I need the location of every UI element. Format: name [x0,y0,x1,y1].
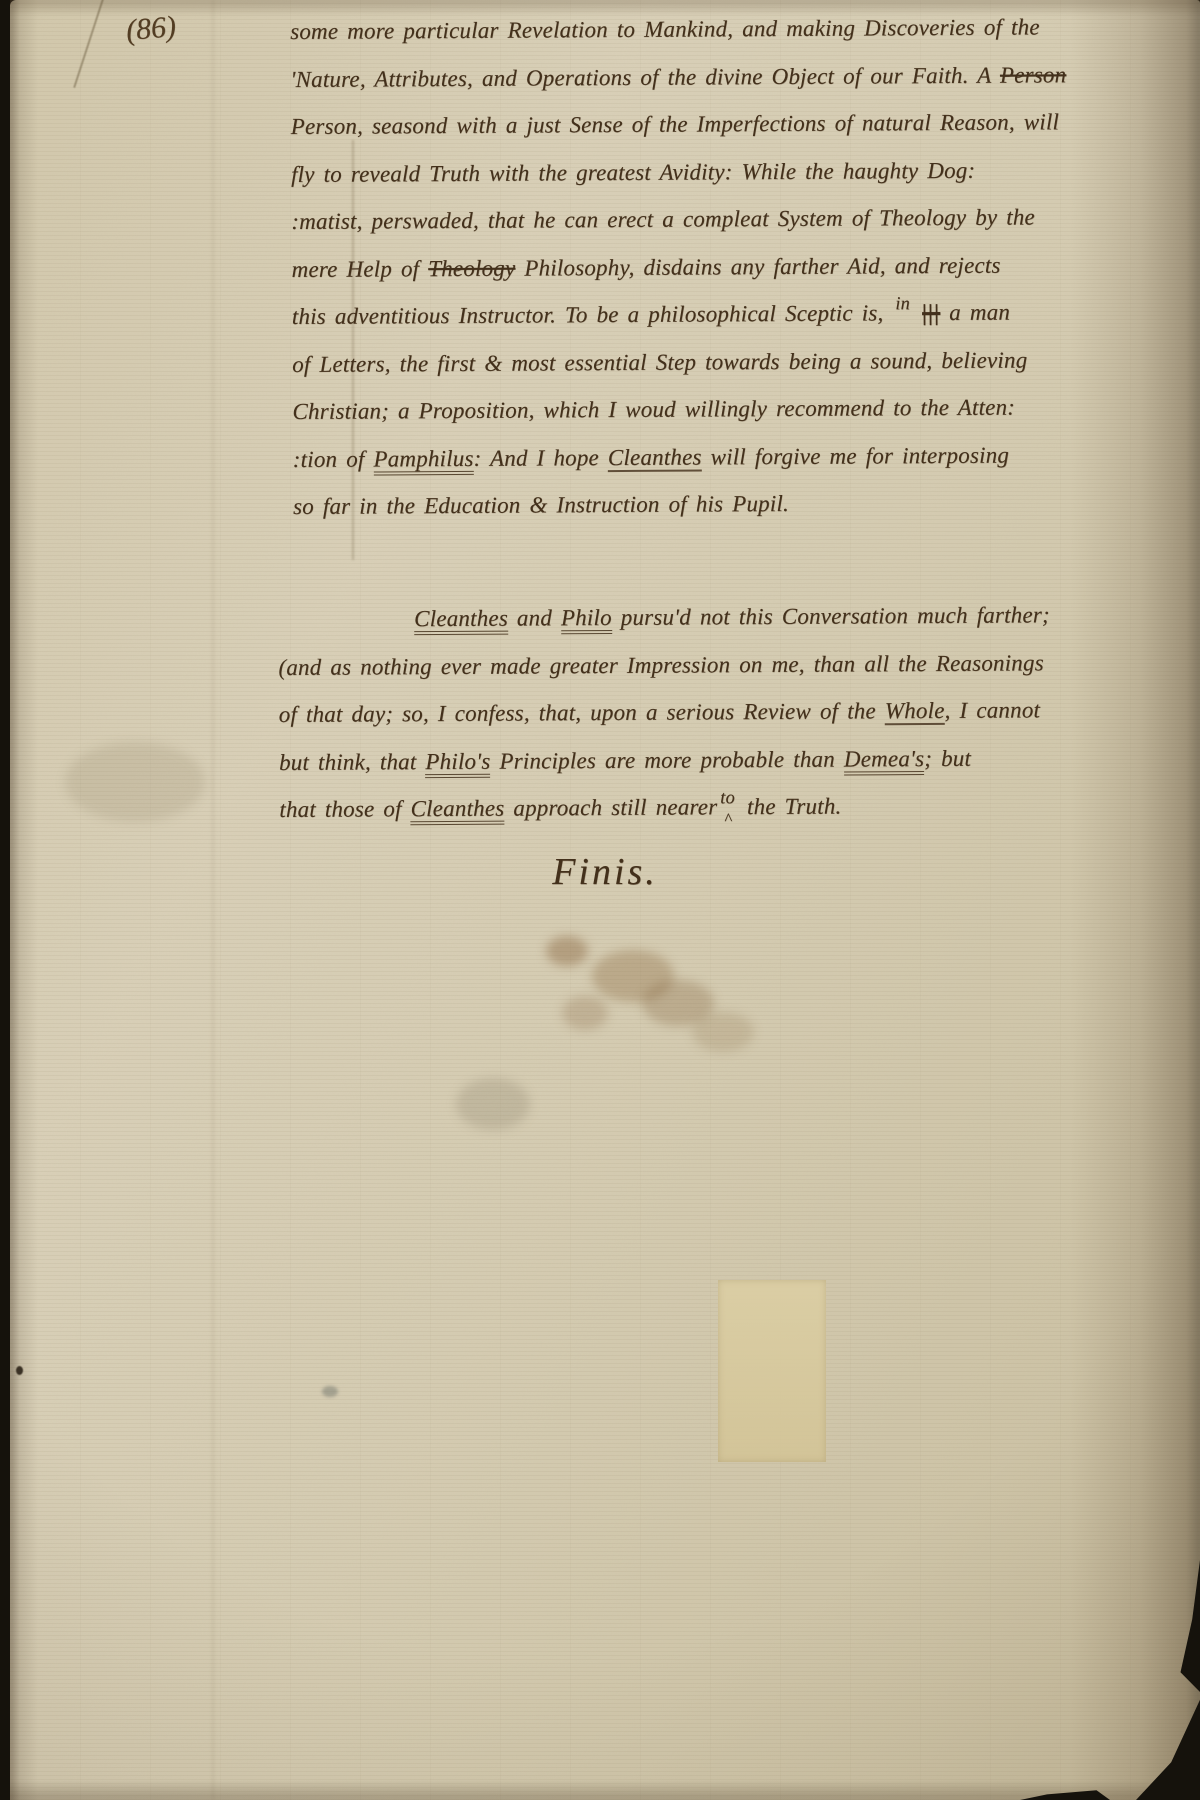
manuscript-line: (and as nothing ever made greater Impres… [278,639,1050,691]
text-segment: : And I hope [474,445,608,471]
paper-fold-line [212,0,214,1800]
text-segment: Philosophy, disdains any farther Aid, an… [515,252,1000,280]
text-segment: a man [940,300,1010,325]
faded-stain [65,742,205,822]
manuscript-line: mere Help of Theology Philosophy, disdai… [291,241,1067,293]
paragraph-conclusion: Cleanthes and Philo pursu'd not this Con… [278,591,1051,833]
ink-stain [562,996,608,1030]
text-segment: of Letters, the first & most essential S… [292,347,1027,376]
manuscript-line: Christian; a Proposition, which I woud w… [292,383,1068,435]
paragraph-final-remarks: some more particular Revelation to Manki… [290,3,1069,530]
manuscript-line: Person, seasond with a just Sense of the… [291,98,1067,150]
manuscript-line: this adventitious Instructor. To be a ph… [292,288,1068,340]
text-segment: this adventitious Instructor. To be a ph… [292,300,893,329]
text-segment: the Truth. [738,794,842,820]
character-name: Cleanthes [411,796,505,826]
ink-stain [546,936,588,966]
page-number: (86) [125,10,178,48]
text-segment: ; but [924,745,971,770]
text-segment [913,300,922,325]
dark-speck [16,1366,23,1375]
text-segment: mere Help of [292,256,429,282]
text-segment: , I cannot [944,697,1040,723]
inserted-word: in [892,294,913,313]
text-segment: :tion of [293,446,374,471]
manuscript-page: (86) some more particular Revelation to … [10,0,1200,1800]
text-segment: and [508,605,561,630]
character-name: Cleanthes [414,606,508,636]
text-segment: Person, seasond with a just Sense of the… [291,109,1060,139]
manuscript-line: :matist, perswaded, that he can erect a … [291,193,1067,245]
text-segment: :matist, perswaded, that he can erect a … [291,204,1035,234]
character-name: Cleanthes [608,444,702,472]
text-segment: Christian; a Proposition, which I woud w… [292,395,1015,424]
struck-word: Theology [428,255,515,281]
text-segment: some more particular Revelation to Manki… [290,14,1040,44]
text-segment: will forgive me for interposing [702,442,1010,469]
tape-repair-strip [718,1280,826,1462]
text-segment: of that day; so, I confess, that, upon a… [279,698,885,727]
text-segment: so far in the Education & Instruction of… [293,491,789,519]
photographed-manuscript: (86) some more particular Revelation to … [0,0,1200,1800]
text-segment: 'Nature, Attributes, and Operations of t… [290,62,1000,91]
manuscript-line: 'Nature, Attributes, and Operations of t… [290,51,1066,103]
text-segment: fly to reveald Truth with the greatest A… [291,157,975,186]
emphasized-word: Whole [885,698,945,725]
manuscript-line: fly to reveald Truth with the greatest A… [291,146,1067,198]
scratched-out-word: ||| [922,300,940,325]
text-segment: pursu'd not this Conversation much farth… [612,602,1050,630]
text-segment: but think, that [279,749,426,775]
text-segment: Principles are more probable than [490,746,844,773]
manuscript-line: but think, that Philo's Principles are m… [279,734,1051,786]
paper-tear [1136,1682,1200,1800]
manuscript-line: Cleanthes and Philo pursu'd not this Con… [414,591,1050,642]
character-name: Pamphilus [373,445,473,475]
small-stain [322,1386,338,1397]
struck-word: Person [1000,62,1067,87]
paper-tear [1020,1786,1110,1800]
manuscript-line: :tion of Pamphilus: And I hope Cleanthes… [293,431,1069,483]
manuscript-line: so far in the Education & Instruction of… [293,478,1069,530]
paper-tear [1174,1560,1200,1692]
character-name: Philo's [425,748,490,777]
inserted-word: to [717,788,738,807]
character-name: Demea's [844,746,925,775]
text-segment: approach still nearer [504,794,717,820]
paper-scratch-mark [73,0,105,88]
character-name: Philo [561,605,612,634]
text-segment: that those of [279,796,410,822]
text-segment: (and as nothing ever made greater Impres… [278,650,1044,680]
manuscript-line: that those of Cleanthes approach still n… [279,781,1051,833]
manuscript-line: of Letters, the first & most essential S… [292,336,1068,388]
manuscript-line: of that day; so, I confess, that, upon a… [279,686,1051,738]
manuscript-line: some more particular Revelation to Manki… [290,3,1066,55]
finis-closing-word: Finis. [10,850,1200,894]
faded-stain [456,1078,530,1130]
ink-stain [692,1012,754,1052]
